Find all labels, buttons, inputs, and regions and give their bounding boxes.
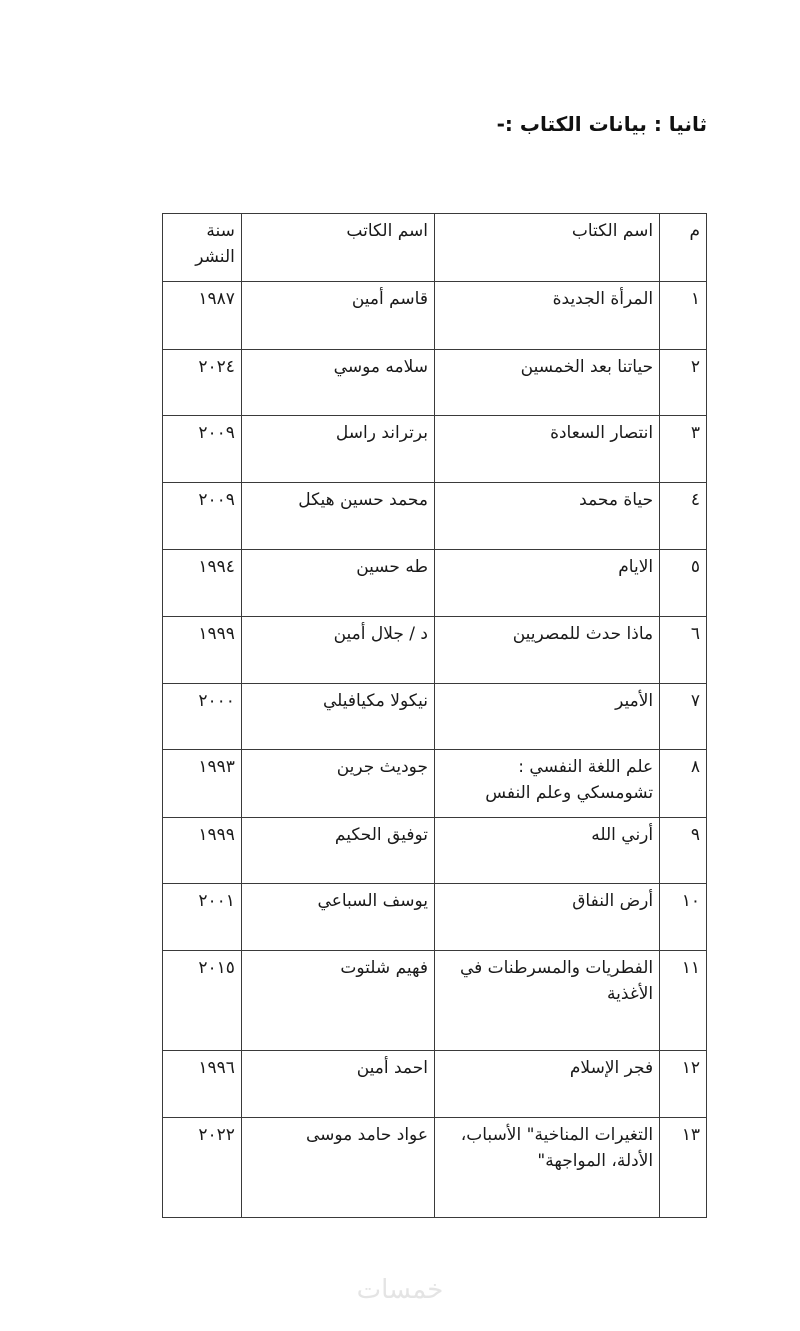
cell-num: ١٣	[660, 1118, 707, 1218]
table-row: ٨ علم اللغة النفسي : تشومسكي وعلم النفس …	[163, 750, 707, 818]
cell-title: الايام	[434, 550, 659, 617]
table-row: ١ المرأة الجديدة قاسم أمين ١٩٨٧	[163, 282, 707, 350]
cell-title: التغيرات المناخية" الأسباب، الأدلة، المو…	[434, 1118, 659, 1218]
watermark-logo: خمسات	[0, 1275, 800, 1305]
cell-year: ١٩٩٤	[163, 550, 242, 617]
header-title: اسم الكتاب	[434, 214, 659, 282]
cell-author: طه حسين	[241, 550, 434, 617]
table-header-row: م اسم الكتاب اسم الكاتب سنة النشر	[163, 214, 707, 282]
table-row: ٩ أرني الله توفيق الحكيم ١٩٩٩	[163, 818, 707, 884]
cell-num: ٩	[660, 818, 707, 884]
cell-year: ٢٠٠١	[163, 884, 242, 951]
header-num: م	[660, 214, 707, 282]
cell-title: المرأة الجديدة	[434, 282, 659, 350]
cell-title: ماذا حدث للمصريين	[434, 617, 659, 684]
table-row: ٤ حياة محمد محمد حسين هيكل ٢٠٠٩	[163, 483, 707, 550]
table-row: ٥ الايام طه حسين ١٩٩٤	[163, 550, 707, 617]
table-row: ٦ ماذا حدث للمصريين د / جلال أمين ١٩٩٩	[163, 617, 707, 684]
cell-year: ٢٠١٥	[163, 951, 242, 1051]
header-author: اسم الكاتب	[241, 214, 434, 282]
cell-title: أرني الله	[434, 818, 659, 884]
cell-author: عواد حامد موسى	[241, 1118, 434, 1218]
cell-year: ١٩٨٧	[163, 282, 242, 350]
header-year: سنة النشر	[163, 214, 242, 282]
table-row: ٧ الأمير نيكولا مكيافيلي ٢٠٠٠	[163, 684, 707, 750]
cell-author: فهيم شلتوت	[241, 951, 434, 1051]
cell-year: ١٩٩٦	[163, 1051, 242, 1118]
cell-author: نيكولا مكيافيلي	[241, 684, 434, 750]
cell-title: حياة محمد	[434, 483, 659, 550]
cell-num: ١	[660, 282, 707, 350]
table-row: ٢ حياتنا بعد الخمسين سلامه موسي ٢٠٢٤	[163, 350, 707, 416]
cell-author: د / جلال أمين	[241, 617, 434, 684]
cell-year: ٢٠٠٩	[163, 483, 242, 550]
cell-num: ١٠	[660, 884, 707, 951]
cell-author: احمد أمين	[241, 1051, 434, 1118]
cell-num: ٨	[660, 750, 707, 818]
cell-num: ٢	[660, 350, 707, 416]
cell-author: قاسم أمين	[241, 282, 434, 350]
cell-num: ١١	[660, 951, 707, 1051]
cell-title: حياتنا بعد الخمسين	[434, 350, 659, 416]
cell-num: ٧	[660, 684, 707, 750]
cell-num: ١٢	[660, 1051, 707, 1118]
cell-year: ١٩٩٣	[163, 750, 242, 818]
section-heading: ثانيا : بيانات الكتاب :-	[497, 112, 707, 136]
cell-title: أرض النفاق	[434, 884, 659, 951]
cell-num: ٤	[660, 483, 707, 550]
cell-num: ٦	[660, 617, 707, 684]
cell-num: ٣	[660, 416, 707, 483]
table-row: ١٠ أرض النفاق يوسف السباعي ٢٠٠١	[163, 884, 707, 951]
cell-year: ١٩٩٩	[163, 818, 242, 884]
table-row: ١٢ فجر الإسلام احمد أمين ١٩٩٦	[163, 1051, 707, 1118]
cell-num: ٥	[660, 550, 707, 617]
table-row: ١٣ التغيرات المناخية" الأسباب، الأدلة، ا…	[163, 1118, 707, 1218]
cell-year: ٢٠٠٩	[163, 416, 242, 483]
cell-author: يوسف السباعي	[241, 884, 434, 951]
cell-author: جوديث جرين	[241, 750, 434, 818]
cell-title: انتصار السعادة	[434, 416, 659, 483]
cell-title: علم اللغة النفسي : تشومسكي وعلم النفس	[434, 750, 659, 818]
cell-title: فجر الإسلام	[434, 1051, 659, 1118]
cell-author: برتراند راسل	[241, 416, 434, 483]
books-table: م اسم الكتاب اسم الكاتب سنة النشر ١ المر…	[162, 213, 707, 1218]
cell-year: ١٩٩٩	[163, 617, 242, 684]
table-row: ٣ انتصار السعادة برتراند راسل ٢٠٠٩	[163, 416, 707, 483]
cell-year: ٢٠٢٤	[163, 350, 242, 416]
cell-title: الفطريات والمسرطنات في الأغذية	[434, 951, 659, 1051]
cell-author: توفيق الحكيم	[241, 818, 434, 884]
cell-title: الأمير	[434, 684, 659, 750]
cell-author: سلامه موسي	[241, 350, 434, 416]
cell-year: ٢٠٢٢	[163, 1118, 242, 1218]
cell-year: ٢٠٠٠	[163, 684, 242, 750]
table-row: ١١ الفطريات والمسرطنات في الأغذية فهيم ش…	[163, 951, 707, 1051]
cell-author: محمد حسين هيكل	[241, 483, 434, 550]
